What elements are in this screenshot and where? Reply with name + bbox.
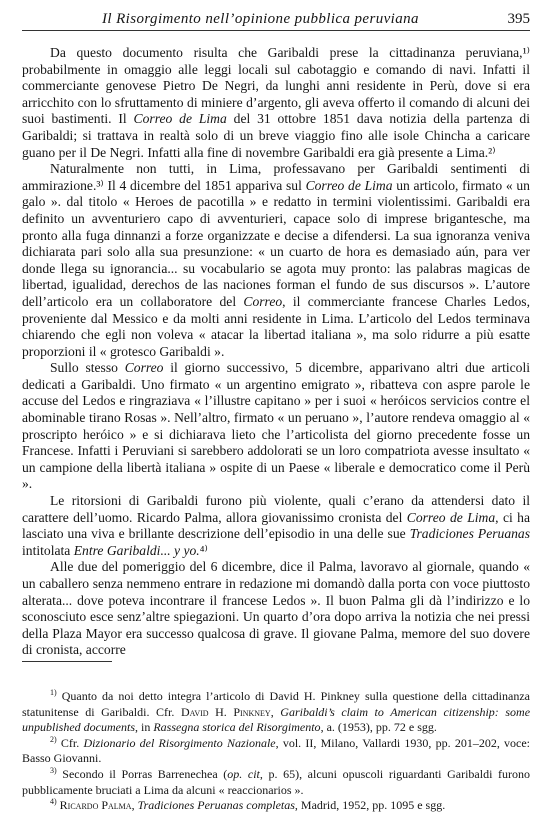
footnote-text: , a. (1953), pp. 72 e sgg. [321,720,437,734]
page-number: 395 [508,11,531,28]
body-text: Da questo documento risulta che Garibald… [22,45,530,659]
paragraph: Le ritorsioni di Garibaldi furono più vi… [22,493,530,559]
footnote-title: Tradiciones Peruanas completas [138,798,295,812]
footnote-title: Dizionario del Risorgimento Nazionale [83,736,275,750]
footnote-journal: Rassegna storica del Risorgimento [153,720,320,734]
footnote-marker: 1) [50,688,57,697]
footnote-author: David H. Pinkney [181,705,271,719]
footnote-author: Ricardo Palma [60,798,132,812]
footnote-text: , in [135,720,150,734]
paragraph: Alle due del pomeriggio del 6 dicembre, … [22,559,530,659]
footnote-marker: 2) [50,735,57,744]
footnote-marker: 4) [50,797,57,806]
footnote-text: Secondo il Porras Barrenechea ( [62,767,227,781]
footnote-text: Cfr. [61,736,79,750]
footnotes: 1) Quanto da noi detto integra l’articol… [22,689,530,814]
running-title: Il Risorgimento nell’opinione pubblica p… [102,11,419,28]
paragraph: Naturalmente non tutti, in Lima, profess… [22,161,530,360]
footnote-1: 1) Quanto da noi detto integra l’articol… [22,689,530,736]
footnote-marker: 3) [50,766,57,775]
paragraph: Sullo stesso Correo il giorno successivo… [22,360,530,493]
running-header: Il Risorgimento nell’opinione pubblica p… [22,8,530,31]
footnote-ref: op. cit [227,767,260,781]
document-page: Il Risorgimento nell’opinione pubblica p… [0,0,550,824]
footnote-text: , Madrid, 1952, pp. 1095 e sgg. [295,798,445,812]
paragraph: Da questo documento risulta che Garibald… [22,45,530,161]
footnote-separator [22,661,112,662]
footnote-4: 4) Ricardo Palma, Tradiciones Peruanas c… [22,798,530,814]
footnote-3: 3) Secondo il Porras Barrenechea (op. ci… [22,767,530,798]
footnote-2: 2) Cfr. Dizionario del Risorgimento Nazi… [22,736,530,767]
